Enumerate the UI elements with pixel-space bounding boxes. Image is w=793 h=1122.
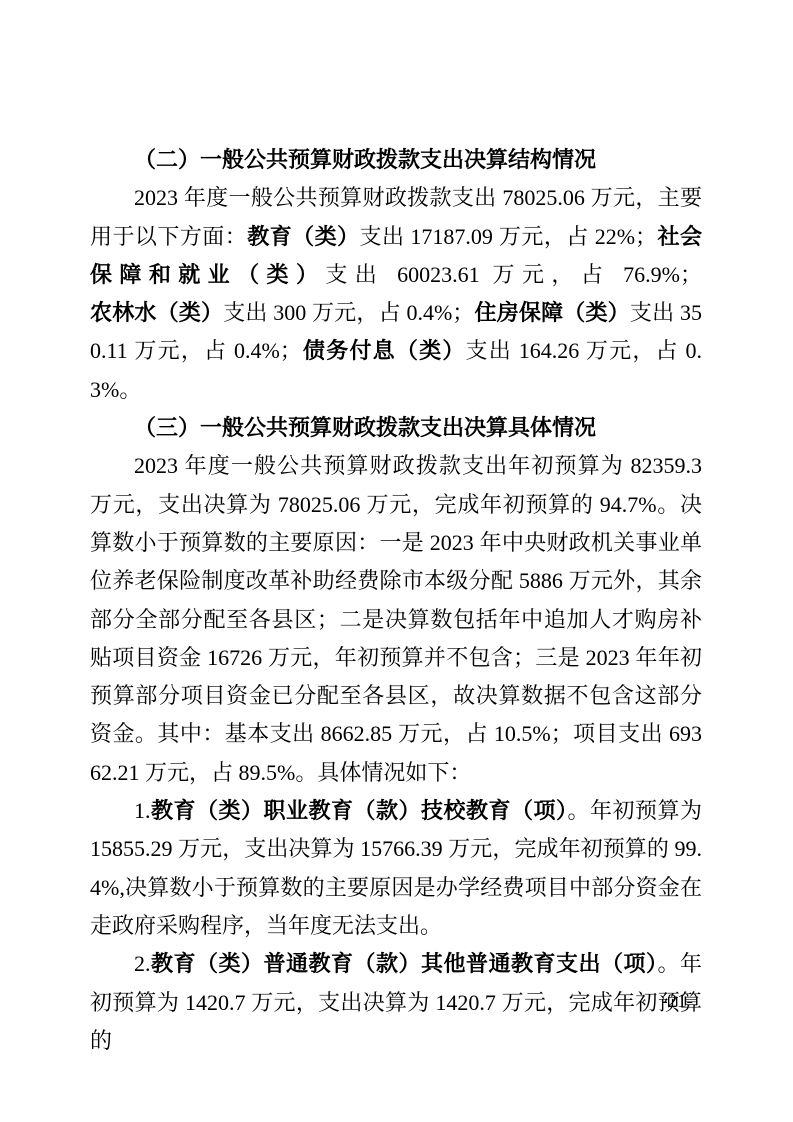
document-page: （二）一般公共预算财政拨款支出决算结构情况2023 年度一般公共预算财政拨款支出… <box>0 0 793 1122</box>
bold-text-segment: （三）一般公共预算财政拨款支出决算具体情况 <box>134 415 596 440</box>
text-segment: 支出 300 万元，占 0.4%； <box>223 300 474 325</box>
paragraph: 1.教育（类）职业教育（款）技校教育（项）。年初预算为 15855.29 万元，… <box>90 792 702 945</box>
document-body: （二）一般公共预算财政拨款支出决算结构情况2023 年度一般公共预算财政拨款支出… <box>90 141 702 1060</box>
bold-text-segment: （二）一般公共预算财政拨款支出决算结构情况 <box>134 147 596 172</box>
bold-text-segment: 债务付息（类） <box>302 338 466 363</box>
bold-text-segment: 农林水（类） <box>90 300 223 325</box>
text-segment: 支出 17187.09 万元，占 22%； <box>360 224 657 249</box>
text-segment: 支出 60023.61 万元，占 76.9%； <box>325 262 702 287</box>
bold-text-segment: 住房保障（类） <box>474 300 630 325</box>
section-heading: （三）一般公共预算财政拨款支出决算具体情况 <box>90 409 702 447</box>
text-segment: 1. <box>134 798 151 823</box>
paragraph: 2023 年度一般公共预算财政拨款支出 78025.06 万元，主要用于以下方面… <box>90 179 702 409</box>
page-number: -21- <box>661 991 693 1013</box>
paragraph: 2023 年度一般公共预算财政拨款支出年初预算为 82359.3 万元，支出决算… <box>90 447 702 792</box>
bold-text-segment: 教育（类）职业教育（款）技校教育（项） <box>151 798 568 823</box>
bold-text-segment: 教育（类）普通教育（款）其他普通教育支出（项） <box>151 951 658 976</box>
section-heading: （二）一般公共预算财政拨款支出决算结构情况 <box>90 141 702 179</box>
text-segment: 2023 年度一般公共预算财政拨款支出年初预算为 82359.3 万元，支出决算… <box>90 453 702 784</box>
bold-text-segment: 教育（类） <box>247 224 359 249</box>
paragraph: 2.教育（类）普通教育（款）其他普通教育支出（项）。年初预算为 1420.7 万… <box>90 945 702 1060</box>
text-segment: 2. <box>134 951 151 976</box>
